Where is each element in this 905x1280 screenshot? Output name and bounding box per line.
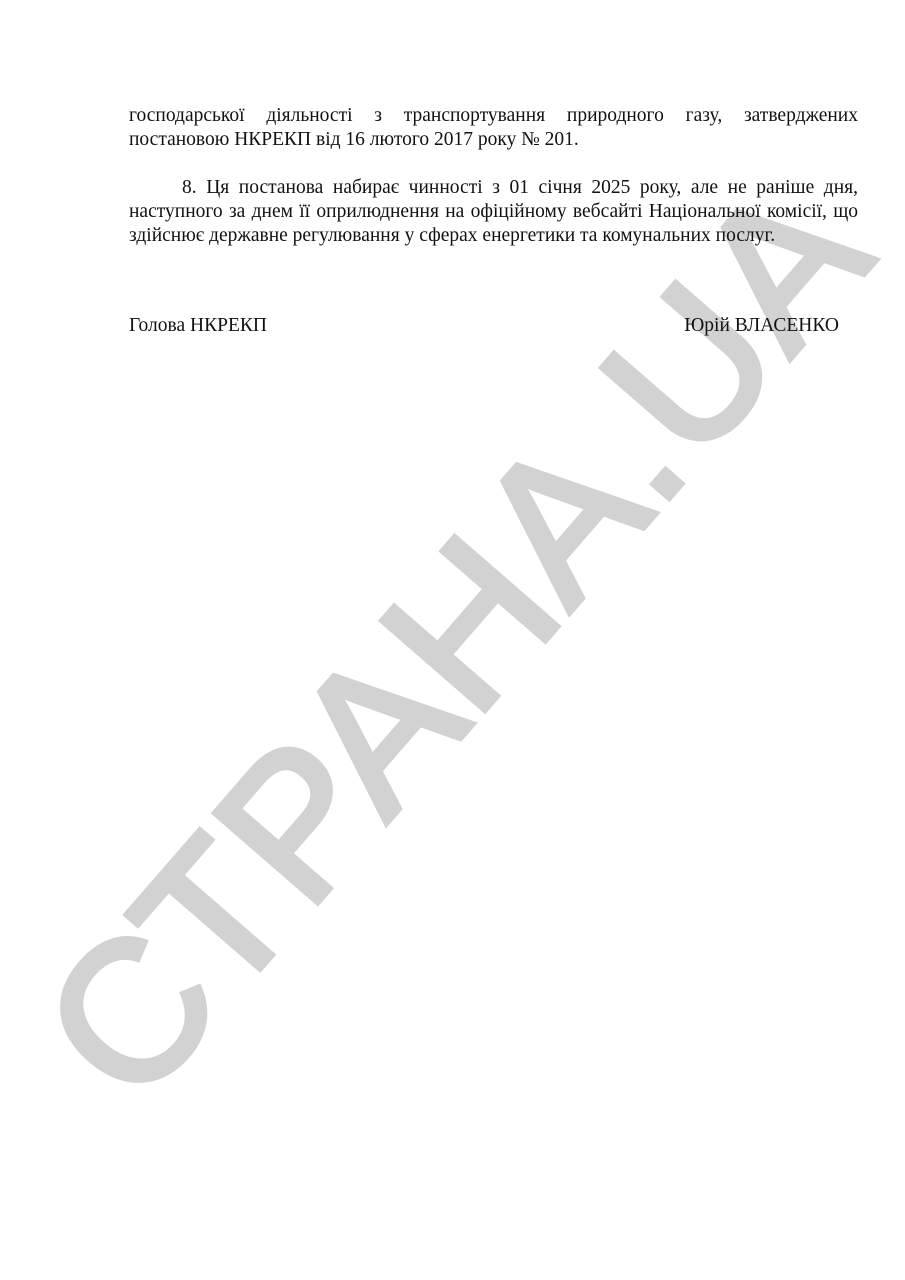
watermark: СТРАНА.UA [0, 139, 905, 1142]
signature-block: Голова НКРЕКП Юрій ВЛАСЕНКО [129, 314, 839, 338]
paragraph-8: 8. Ця постанова набирає чинності з 01 сі… [129, 176, 858, 248]
document-page: СТРАНА.UA господарської діяльності з тра… [0, 0, 905, 1280]
signatory-name: Юрій ВЛАСЕНКО [684, 314, 839, 338]
paragraph-continued: господарської діяльності з транспортуван… [129, 104, 858, 152]
signatory-position: Голова НКРЕКП [129, 314, 267, 338]
paragraph-8-text: 8. Ця постанова набирає чинності з 01 сі… [129, 177, 858, 246]
